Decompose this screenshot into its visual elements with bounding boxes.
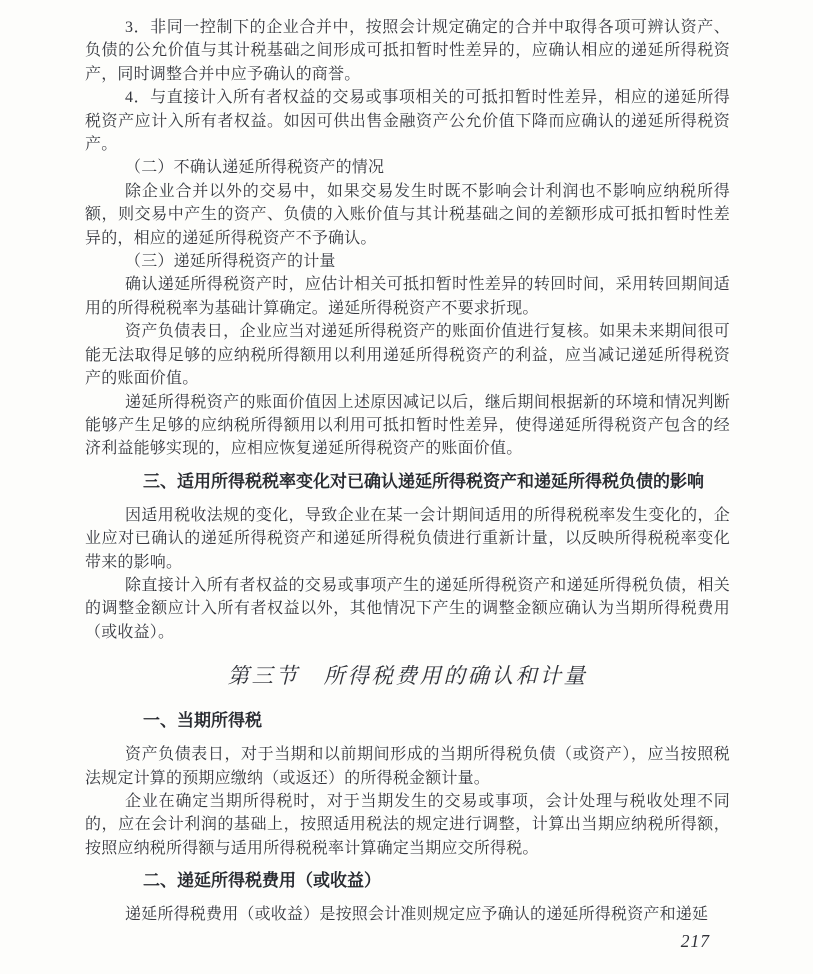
subheading-three: 三、适用所得税税率变化对已确认递延所得税资产和递延所得税负债的影响: [85, 470, 730, 494]
paragraph: 企业在确定当期所得税时，对于当期发生的交易或事项，会计处理与税收处理不同的，应在…: [85, 790, 730, 860]
paragraph: 除企业合并以外的交易中，如果交易发生时既不影响会计利润也不影响应纳税所得额，则交…: [85, 180, 730, 250]
paragraph: 递延所得税资产的账面价值因上述原因减记以后，继后期间根据新的环境和情况判断能够产…: [85, 391, 730, 461]
paragraph: 资产负债表日，企业应当对递延所得税资产的账面价值进行复核。如果未来期间很可能无法…: [85, 320, 730, 390]
paragraph-item-3: 3．非同一控制下的企业合并中，按照会计规定确定的合并中取得各项可辨认资产、负债的…: [85, 16, 730, 86]
list-heading-2: （二）不确认递延所得税资产的情况: [85, 156, 730, 179]
paragraph: 资产负债表日，对于当期和以前期间形成的当期所得税负债（或资产），应当按照税法规定…: [85, 743, 730, 790]
page-number: 217: [681, 931, 710, 952]
paragraph: 确认递延所得税资产时，应估计相关可抵扣暂时性差异的转回时间，采用转回期间适用的所…: [85, 273, 730, 320]
book-page: 3．非同一控制下的企业合并中，按照会计规定确定的合并中取得各项可辨认资产、负债的…: [0, 0, 813, 974]
list-heading-3: （三）递延所得税资产的计量: [85, 250, 730, 273]
section-title: 第三节 所得税费用的确认和计量: [85, 661, 730, 691]
paragraph: 因适用税收法规的变化，导致企业在某一会计期间适用的所得税税率发生变化的，企业应对…: [85, 504, 730, 574]
subheading-one: 一、当期所得税: [85, 709, 730, 733]
paragraph: 除直接计入所有者权益的交易或事项产生的递延所得税资产和递延所得税负债，相关的调整…: [85, 574, 730, 644]
paragraph-item-4: 4．与直接计入所有者权益的交易或事项相关的可抵扣暂时性差异，相应的递延所得税资产…: [85, 86, 730, 156]
subheading-two: 二、递延所得税费用（或收益）: [85, 869, 730, 893]
paragraph: 递延所得税费用（或收益）是按照会计准则规定应予确认的递延所得税资产和递延: [85, 903, 730, 926]
